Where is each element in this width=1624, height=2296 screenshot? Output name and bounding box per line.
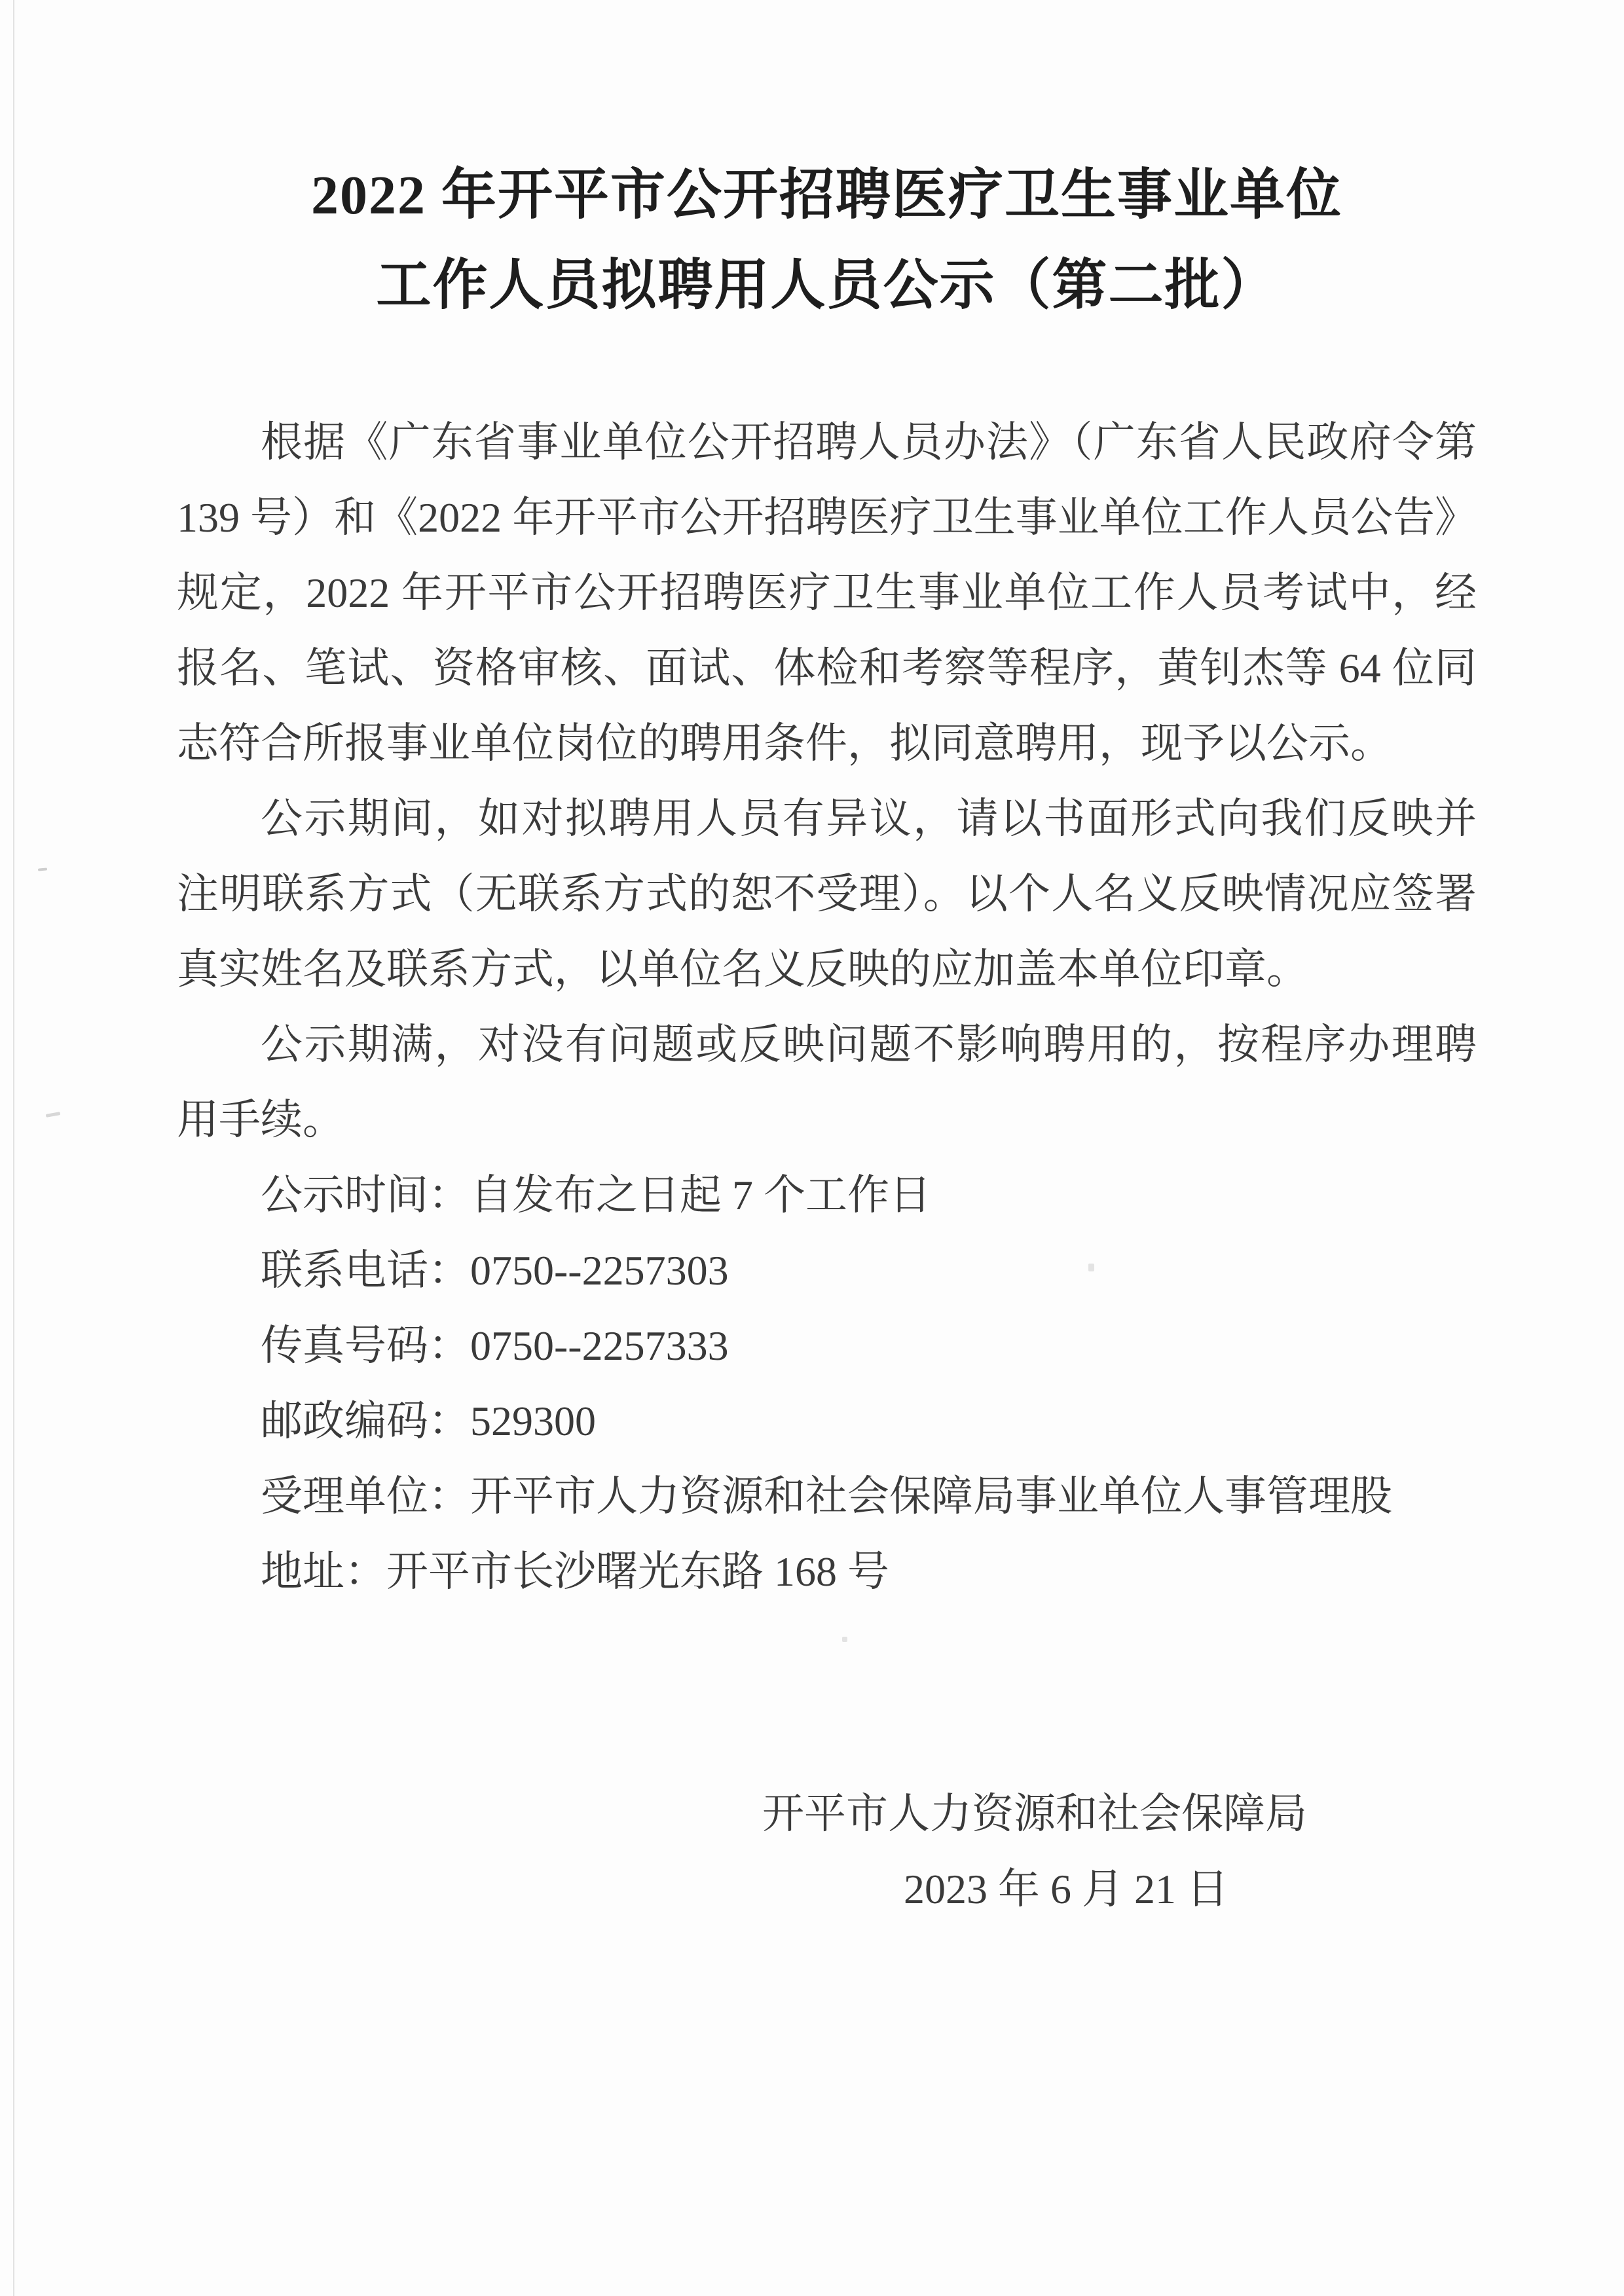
info-line-address: 地址：开平市长沙曙光东路 168 号: [177, 1534, 1477, 1609]
paragraph-3: 公示期满，对没有问题或反映问题不影响聘用的，按程序办理聘 用手续。: [177, 1007, 1477, 1157]
paragraph-3-line-1: 公示期满，对没有问题或反映问题不影响聘用的，按程序办理聘: [177, 1007, 1477, 1082]
scan-speck: [38, 867, 47, 871]
document-title: 2022 年开平市公开招聘医疗卫生事业单位 工作人员拟聘用人员公示（第二批）: [177, 151, 1477, 331]
info-line-fax: 传真号码：0750--2257333: [177, 1308, 1477, 1383]
paragraph-1-line-5: 志符合所报事业单位岗位的聘用条件，拟同意聘用，现予以公示。: [177, 706, 1477, 781]
paragraph-1-line-2: 139 号）和《2022 年开平市公开招聘医疗卫生事业单位工作人员公告》: [177, 480, 1477, 555]
title-line-2: 工作人员拟聘用人员公示（第二批）: [177, 241, 1477, 331]
paragraph-1-line-3: 规定，2022 年开平市公开招聘医疗卫生事业单位工作人员考试中，经: [177, 555, 1477, 630]
paragraph-2-line-3: 真实姓名及联系方式，以单位名义反映的应加盖本单位印章。: [177, 932, 1477, 1007]
document-content: 2022 年开平市公开招聘医疗卫生事业单位 工作人员拟聘用人员公示（第二批） 根…: [177, 0, 1477, 1927]
scan-edge-artifact: [13, 0, 14, 2296]
paragraph-2-line-1: 公示期间，如对拟聘用人员有异议，请以书面形式向我们反映并: [177, 781, 1477, 856]
info-line-publicity-period: 公示时间：自发布之日起 7 个工作日: [177, 1157, 1477, 1233]
paragraph-1: 根据《广东省事业单位公开招聘人员办法》（广东省人民政府令第 139 号）和《20…: [177, 405, 1477, 781]
signature-organization: 开平市人力资源和社会保障局: [747, 1776, 1323, 1851]
contact-info-block: 公示时间：自发布之日起 7 个工作日 联系电话：0750--2257303 传真…: [177, 1157, 1477, 1609]
paragraph-2-line-2: 注明联系方式（无联系方式的恕不受理）。以个人名义反映情况应签署: [177, 856, 1477, 932]
scan-speck: [46, 1112, 61, 1118]
info-line-accepting-unit: 受理单位：开平市人力资源和社会保障局事业单位人事管理股: [177, 1459, 1477, 1534]
title-line-1: 2022 年开平市公开招聘医疗卫生事业单位: [177, 151, 1477, 241]
paragraph-2: 公示期间，如对拟聘用人员有异议，请以书面形式向我们反映并 注明联系方式（无联系方…: [177, 781, 1477, 1007]
info-line-phone: 联系电话：0750--2257303: [177, 1233, 1477, 1308]
paragraph-1-line-1: 根据《广东省事业单位公开招聘人员办法》（广东省人民政府令第: [177, 405, 1477, 480]
info-line-postal-code: 邮政编码：529300: [177, 1383, 1477, 1459]
document-body: 根据《广东省事业单位公开招聘人员办法》（广东省人民政府令第 139 号）和《20…: [177, 405, 1477, 1609]
paragraph-3-line-2: 用手续。: [177, 1082, 1477, 1157]
signature-date: 2023 年 6 月 21 日: [747, 1851, 1323, 1927]
signature-block: 开平市人力资源和社会保障局 2023 年 6 月 21 日: [747, 1776, 1323, 1927]
scanned-document-page: 2022 年开平市公开招聘医疗卫生事业单位 工作人员拟聘用人员公示（第二批） 根…: [0, 0, 1624, 2296]
paragraph-1-line-4: 报名、笔试、资格审核、面试、体检和考察等程序，黄钊杰等 64 位同: [177, 630, 1477, 706]
